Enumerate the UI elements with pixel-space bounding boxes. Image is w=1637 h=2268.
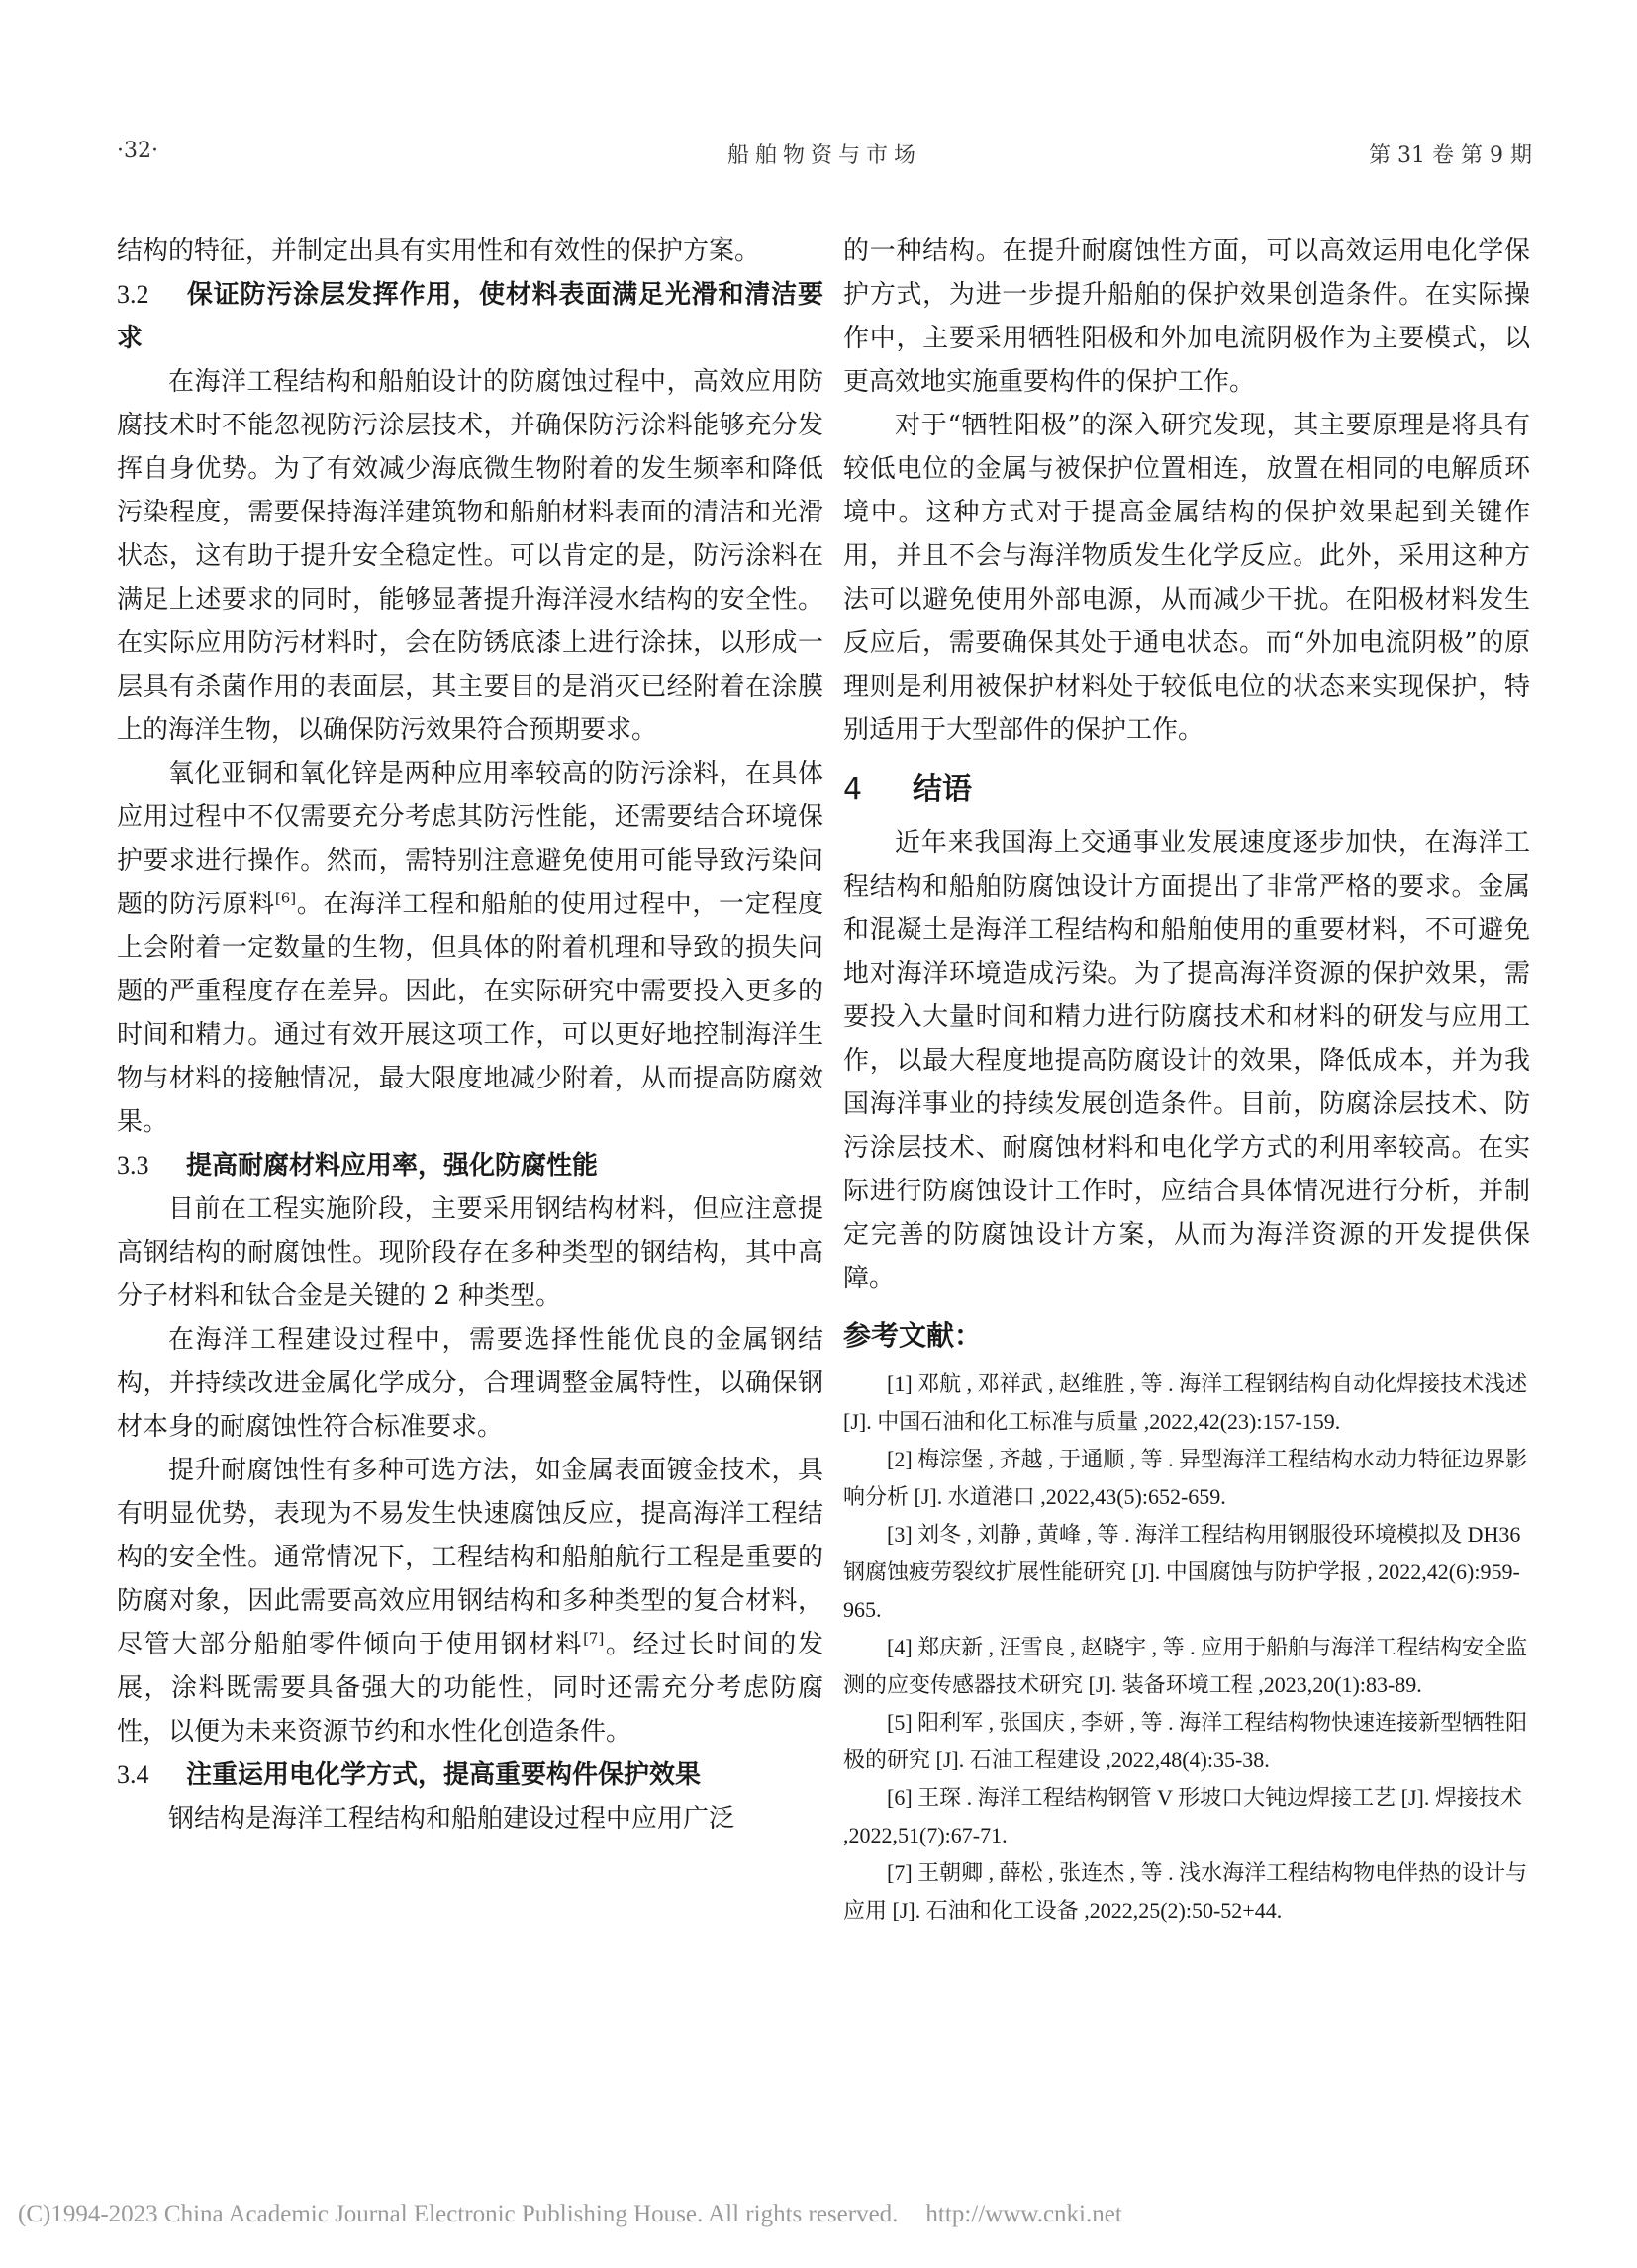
section-title: 提高耐腐材料应用率，强化防腐性能	[186, 1151, 598, 1181]
paragraph: 在海洋工程建设过程中，需要选择性能优良的金属钢结构，并持续改进金属化学成分，合理…	[117, 1318, 823, 1449]
left-column: 结构的特征，并制定出具有实用性和有效性的保护方案。 3.2保证防污涂层发挥作用，…	[117, 230, 823, 1841]
section-title: 结语	[913, 772, 972, 806]
copyright-footer: (C)1994-2023 China Academic Journal Elec…	[18, 2201, 1122, 2228]
section-number: 3.3	[117, 1144, 186, 1187]
paragraph: 近年来我国海上交通事业发展速度逐步加快，在海洋工程结构和船舶防腐蚀设计方面提出了…	[843, 821, 1530, 1300]
section-number: 4	[843, 768, 913, 811]
paragraph: 目前在工程实施阶段，主要采用钢结构材料，但应注意提高钢结构的耐腐蚀性。现阶段存在…	[117, 1187, 823, 1318]
citation-6[interactable]: [6]	[275, 889, 296, 906]
section-heading-4: 4结语	[843, 768, 1530, 811]
references-heading: 参考文献：	[843, 1314, 1530, 1358]
page-header: ·32· 船舶物资与市场 第 31 卷 第 9 期	[117, 139, 1532, 178]
section-title: 注重运用电化学方式，提高重要构件保护效果	[186, 1760, 701, 1790]
paragraph: 对于“牺牲阳极”的深入研究发现，其主要原理是将具有较低电位的金属与被保护位置相连…	[843, 404, 1530, 752]
reference-item: [1] 邓航 , 邓祥武 , 赵维胜 , 等 . 海洋工程钢结构自动化焊接技术浅…	[843, 1366, 1530, 1441]
cnki-link[interactable]: http://www.cnki.net	[925, 2201, 1121, 2227]
paragraph: 钢结构是海洋工程结构和船舶建设过程中应用广泛	[117, 1797, 823, 1841]
reference-item: [6] 王琛 . 海洋工程结构钢管 V 形坡口大钝边焊接工艺 [J]. 焊接技术…	[843, 1779, 1530, 1854]
paragraph-text: 。在海洋工程和船舶的使用过程中，一定程度上会附着一定数量的生物，但具体的附着机理…	[117, 890, 823, 1137]
citation-7[interactable]: [7]	[583, 1629, 604, 1647]
reference-item: [7] 王朝卿 , 薛松 , 张连杰 , 等 . 浅水海洋工程结构物电伴热的设计…	[843, 1854, 1530, 1930]
section-number: 3.4	[117, 1753, 186, 1797]
paragraph: 提升耐腐蚀性有多种可选方法，如金属表面镀金技术，具有明显优势，表现为不易发生快速…	[117, 1449, 823, 1753]
paragraph: 结构的特征，并制定出具有实用性和有效性的保护方案。	[117, 230, 823, 273]
section-number: 3.2	[117, 273, 186, 317]
journal-title: 船舶物资与市场	[117, 139, 1532, 169]
section-heading-3-3: 3.3提高耐腐材料应用率，强化防腐性能	[117, 1144, 823, 1187]
paragraph: 氧化亚铜和氧化锌是两种应用率较高的防污涂料，在具体应用过程中不仅需要充分考虑其防…	[117, 752, 823, 1144]
reference-item: [4] 郑庆新 , 汪雪良 , 赵晓宇 , 等 . 应用于船舶与海洋工程结构安全…	[843, 1629, 1530, 1704]
paragraph: 在海洋工程结构和船舶设计的防腐蚀过程中，高效应用防腐技术时不能忽视防污涂层技术，…	[117, 360, 823, 752]
volume-issue: 第 31 卷 第 9 期	[1369, 139, 1532, 169]
reference-item: [2] 梅淙堡 , 齐越 , 于通顺 , 等 . 异型海洋工程结构水动力特征边界…	[843, 1441, 1530, 1516]
section-heading-3-2: 3.2保证防污涂层发挥作用，使材料表面满足光滑和清洁要求	[117, 273, 823, 360]
section-heading-3-4: 3.4注重运用电化学方式，提高重要构件保护效果	[117, 1753, 823, 1797]
right-column: 的一种结构。在提升耐腐蚀性方面，可以高效运用电化学保护方式，为进一步提升船舶的保…	[843, 230, 1530, 1930]
reference-item: [3] 刘冬 , 刘静 , 黄峰 , 等 . 海洋工程结构用钢服役环境模拟及 D…	[843, 1516, 1530, 1629]
section-title: 保证防污涂层发挥作用，使材料表面满足光滑和清洁要求	[117, 280, 823, 353]
paragraph: 的一种结构。在提升耐腐蚀性方面，可以高效运用电化学保护方式，为进一步提升船舶的保…	[843, 230, 1530, 404]
reference-item: [5] 阳利军 , 张国庆 , 李妍 , 等 . 海洋工程结构物快速连接新型牺牲…	[843, 1704, 1530, 1779]
copyright-text: (C)1994-2023 China Academic Journal Elec…	[18, 2201, 898, 2227]
